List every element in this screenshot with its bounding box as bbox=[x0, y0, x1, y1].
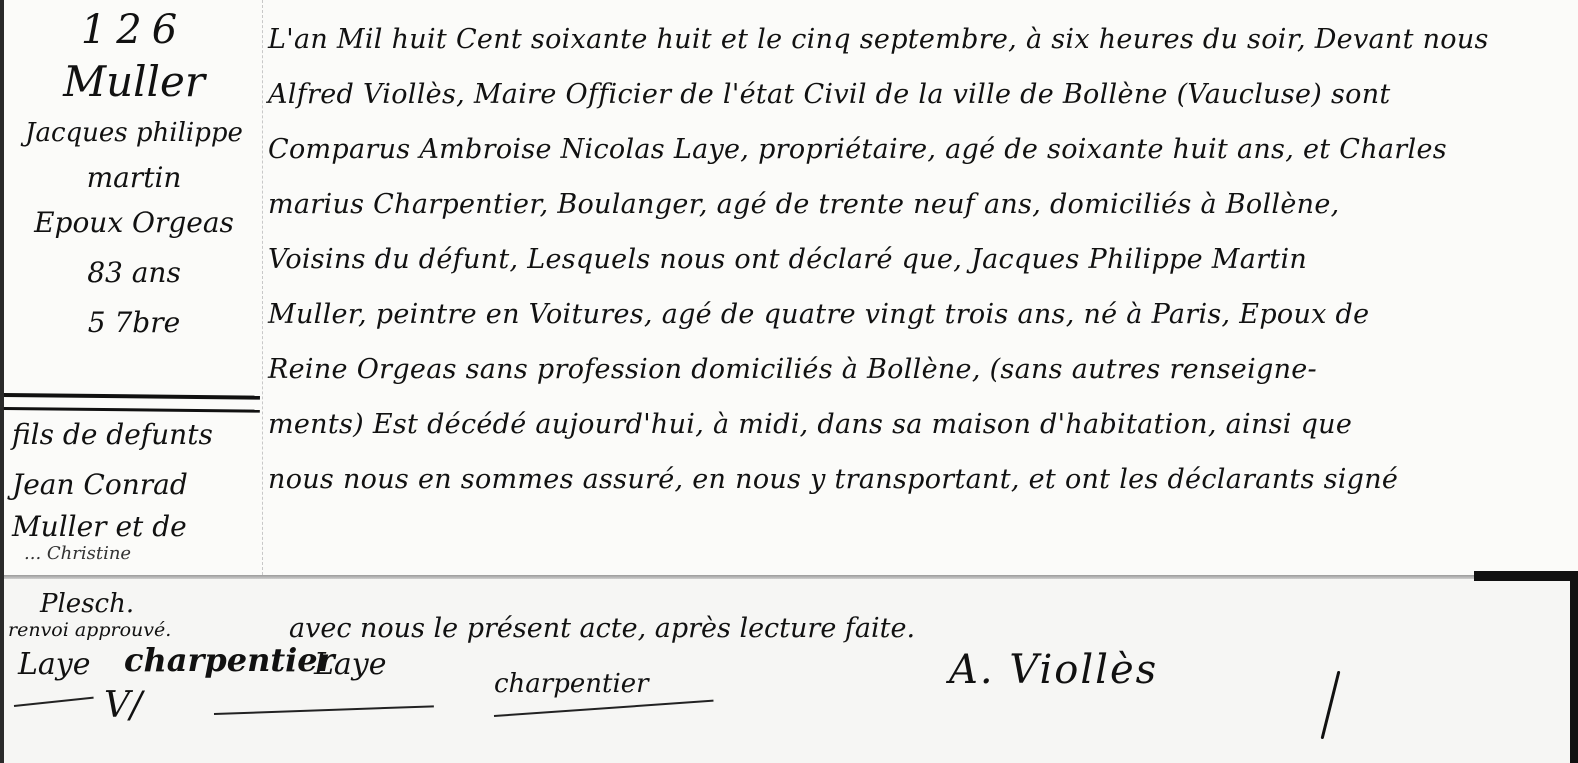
signature-mayor: A. Viollès bbox=[949, 647, 1158, 693]
margin-rule-line bbox=[262, 0, 264, 575]
act-line: nous nous en sommes assuré, en nous y tr… bbox=[268, 452, 1558, 507]
closing-line: avec nous le présent acte, après lecture… bbox=[289, 613, 915, 644]
initial-mark: V/ bbox=[104, 685, 142, 726]
act-line: Voisins du défunt, Lesquels nous ont déc… bbox=[268, 232, 1558, 287]
mayor-flourish-icon bbox=[1321, 671, 1341, 740]
act-line: Alfred Viollès, Maire Officier de l'état… bbox=[268, 67, 1558, 122]
signature-charpentier-2: charpentier bbox=[494, 669, 649, 699]
act-line: Reine Orgeas sans profession domiciliés … bbox=[268, 342, 1558, 397]
act-line: Comparus Ambroise Nicolas Laye, propriét… bbox=[268, 122, 1558, 177]
act-line: marius Charpentier, Boulanger, agé de tr… bbox=[268, 177, 1558, 232]
parents-line-2: Jean Conrad bbox=[4, 460, 260, 510]
signature-laye-1: Laye bbox=[18, 647, 91, 682]
signature-laye-2: Laye bbox=[314, 647, 387, 682]
parents-line-4: ... Christine bbox=[4, 544, 260, 564]
margin-parents-note: fils de defunts Jean Conrad Muller et de… bbox=[4, 410, 260, 564]
renvoi-approuve-note: renvoi approuvé. bbox=[8, 619, 171, 641]
act-number: 126 bbox=[8, 8, 260, 52]
margin-column: 126 Muller Jacques philippe martin Epoux… bbox=[8, 8, 260, 348]
age-note: 83 ans bbox=[8, 248, 260, 298]
act-body-text: L'an Mil huit Cent soixante huit et le c… bbox=[268, 12, 1558, 507]
act-line: Muller, peintre en Voitures, agé de quat… bbox=[268, 287, 1558, 342]
act-line: ments) Est décédé aujourd'hui, à midi, d… bbox=[268, 397, 1558, 452]
date-note: 5 7bre bbox=[8, 298, 260, 348]
scan-frame-corner bbox=[1474, 571, 1578, 763]
deceased-surname: Muller bbox=[8, 56, 260, 108]
spouse-note: Epoux Orgeas bbox=[8, 198, 260, 248]
paraph-flourish-icon bbox=[214, 705, 434, 715]
act-line: L'an Mil huit Cent soixante huit et le c… bbox=[268, 12, 1558, 67]
page-join-rule bbox=[4, 575, 1474, 579]
parents-line-1: fils de defunts bbox=[4, 410, 260, 460]
paraph-flourish-icon bbox=[494, 700, 714, 717]
signature-section: Plesch. renvoi approuvé. avec nous le pr… bbox=[4, 575, 1578, 763]
deceased-given-names: Jacques philippe bbox=[8, 108, 260, 158]
signature-charpentier-1: charpentier bbox=[124, 641, 335, 679]
margin-footer-name: Plesch. bbox=[34, 589, 171, 619]
parents-line-3: Muller et de bbox=[4, 510, 260, 544]
paraph-flourish-icon bbox=[14, 697, 94, 707]
deceased-given-names-cont: martin bbox=[8, 158, 260, 198]
margin-footer: Plesch. renvoi approuvé. bbox=[34, 589, 171, 641]
scanned-register-page: 126 Muller Jacques philippe martin Epoux… bbox=[0, 0, 1578, 763]
